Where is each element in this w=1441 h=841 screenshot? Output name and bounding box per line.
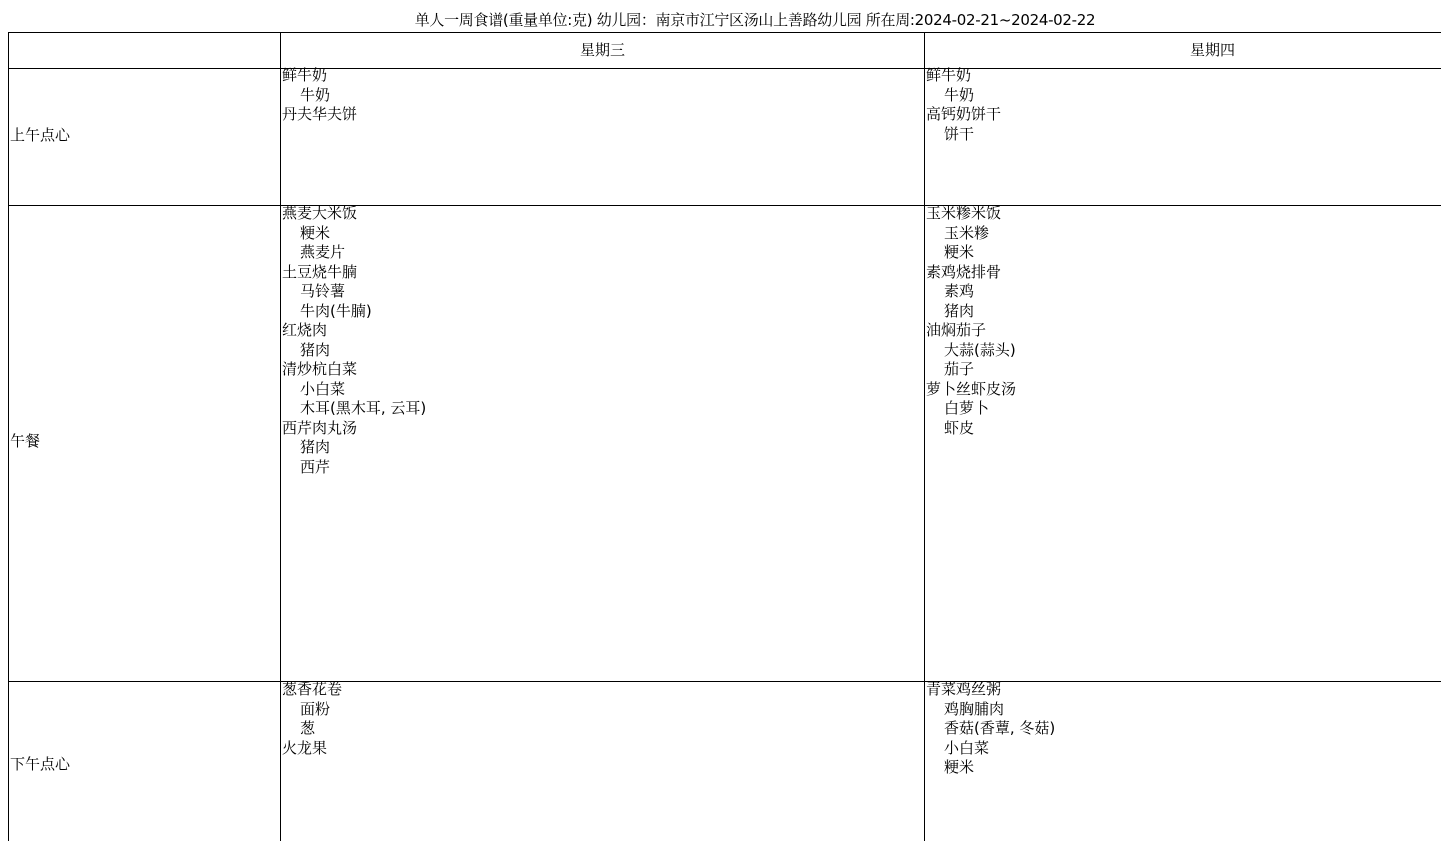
ingredient: 粳米 bbox=[926, 243, 1016, 263]
dish: 素鸡烧排骨 bbox=[926, 263, 1016, 283]
ingredient: 小白菜 bbox=[926, 739, 1055, 759]
ingredient: 粳米 bbox=[926, 758, 1055, 778]
dish: 土豆烧牛腩 bbox=[282, 263, 426, 283]
ingredient: 茄子 bbox=[926, 360, 1016, 380]
ingredient: 猪肉 bbox=[282, 438, 426, 458]
menu-title: 单人一周食谱(重量单位:克) 幼儿园：南京市江宁区汤山上善路幼儿园 所在周:20… bbox=[0, 10, 1441, 30]
ingredient: 牛奶 bbox=[282, 86, 357, 106]
column-divider-2 bbox=[924, 32, 925, 841]
row-label-afternoon-snack: 下午点心 bbox=[10, 755, 70, 774]
cell-afternoon-snack-wednesday: 葱香花卷 面粉 葱 火龙果 bbox=[282, 680, 342, 758]
ingredient: 虾皮 bbox=[926, 419, 1016, 439]
ingredient: 小白菜 bbox=[282, 380, 426, 400]
column-header-meal bbox=[9, 33, 280, 68]
row-divider-2 bbox=[8, 681, 1441, 682]
ingredient: 粳米 bbox=[282, 224, 426, 244]
ingredient: 面粉 bbox=[282, 700, 342, 720]
dish: 葱香花卷 bbox=[282, 680, 342, 700]
table-left-border bbox=[8, 32, 9, 841]
ingredient: 牛奶 bbox=[926, 86, 1001, 106]
dish: 红烧肉 bbox=[282, 321, 426, 341]
ingredient: 马铃薯 bbox=[282, 282, 426, 302]
dish: 火龙果 bbox=[282, 739, 342, 759]
ingredient: 白萝卜 bbox=[926, 399, 1016, 419]
dish: 鲜牛奶 bbox=[282, 66, 357, 86]
ingredient: 西芹 bbox=[282, 458, 426, 478]
ingredient: 木耳(黑木耳, 云耳) bbox=[282, 399, 426, 419]
cell-lunch-wednesday: 燕麦大米饭 粳米 燕麦片 土豆烧牛腩 马铃薯 牛肉(牛腩) 红烧肉 猪肉 清炒杭… bbox=[282, 204, 426, 477]
column-header-wednesday: 星期三 bbox=[281, 33, 924, 68]
dish: 玉米糁米饭 bbox=[926, 204, 1016, 224]
ingredient: 鸡胸脯肉 bbox=[926, 700, 1055, 720]
ingredient: 猪肉 bbox=[926, 302, 1016, 322]
ingredient: 葱 bbox=[282, 719, 342, 739]
ingredient: 大蒜(蒜头) bbox=[926, 341, 1016, 361]
dish: 青菜鸡丝粥 bbox=[926, 680, 1055, 700]
cell-afternoon-snack-thursday: 青菜鸡丝粥 鸡胸脯肉 香菇(香蕈, 冬菇) 小白菜 粳米 bbox=[926, 680, 1055, 778]
column-header-thursday: 星期四 bbox=[925, 33, 1441, 68]
ingredient: 素鸡 bbox=[926, 282, 1016, 302]
ingredient: 香菇(香蕈, 冬菇) bbox=[926, 719, 1055, 739]
dish: 燕麦大米饭 bbox=[282, 204, 426, 224]
dish: 油焖茄子 bbox=[926, 321, 1016, 341]
dish: 丹夫华夫饼 bbox=[282, 105, 357, 125]
ingredient: 饼干 bbox=[926, 125, 1001, 145]
column-divider-1 bbox=[280, 32, 281, 841]
row-label-lunch: 午餐 bbox=[10, 432, 40, 451]
row-label-morning-snack: 上午点心 bbox=[10, 126, 70, 145]
ingredient: 猪肉 bbox=[282, 341, 426, 361]
dish: 清炒杭白菜 bbox=[282, 360, 426, 380]
dish: 萝卜丝虾皮汤 bbox=[926, 380, 1016, 400]
ingredient: 牛肉(牛腩) bbox=[282, 302, 426, 322]
cell-morning-snack-wednesday: 鲜牛奶 牛奶 丹夫华夫饼 bbox=[282, 66, 357, 125]
header-bottom-border bbox=[8, 68, 1441, 69]
cell-lunch-thursday: 玉米糁米饭 玉米糁 粳米 素鸡烧排骨 素鸡 猪肉 油焖茄子 大蒜(蒜头) 茄子 … bbox=[926, 204, 1016, 438]
cell-morning-snack-thursday: 鲜牛奶 牛奶 高钙奶饼干 饼干 bbox=[926, 66, 1001, 144]
ingredient: 玉米糁 bbox=[926, 224, 1016, 244]
row-divider-1 bbox=[8, 205, 1441, 206]
dish: 鲜牛奶 bbox=[926, 66, 1001, 86]
dish: 高钙奶饼干 bbox=[926, 105, 1001, 125]
dish: 西芹肉丸汤 bbox=[282, 419, 426, 439]
ingredient: 燕麦片 bbox=[282, 243, 426, 263]
